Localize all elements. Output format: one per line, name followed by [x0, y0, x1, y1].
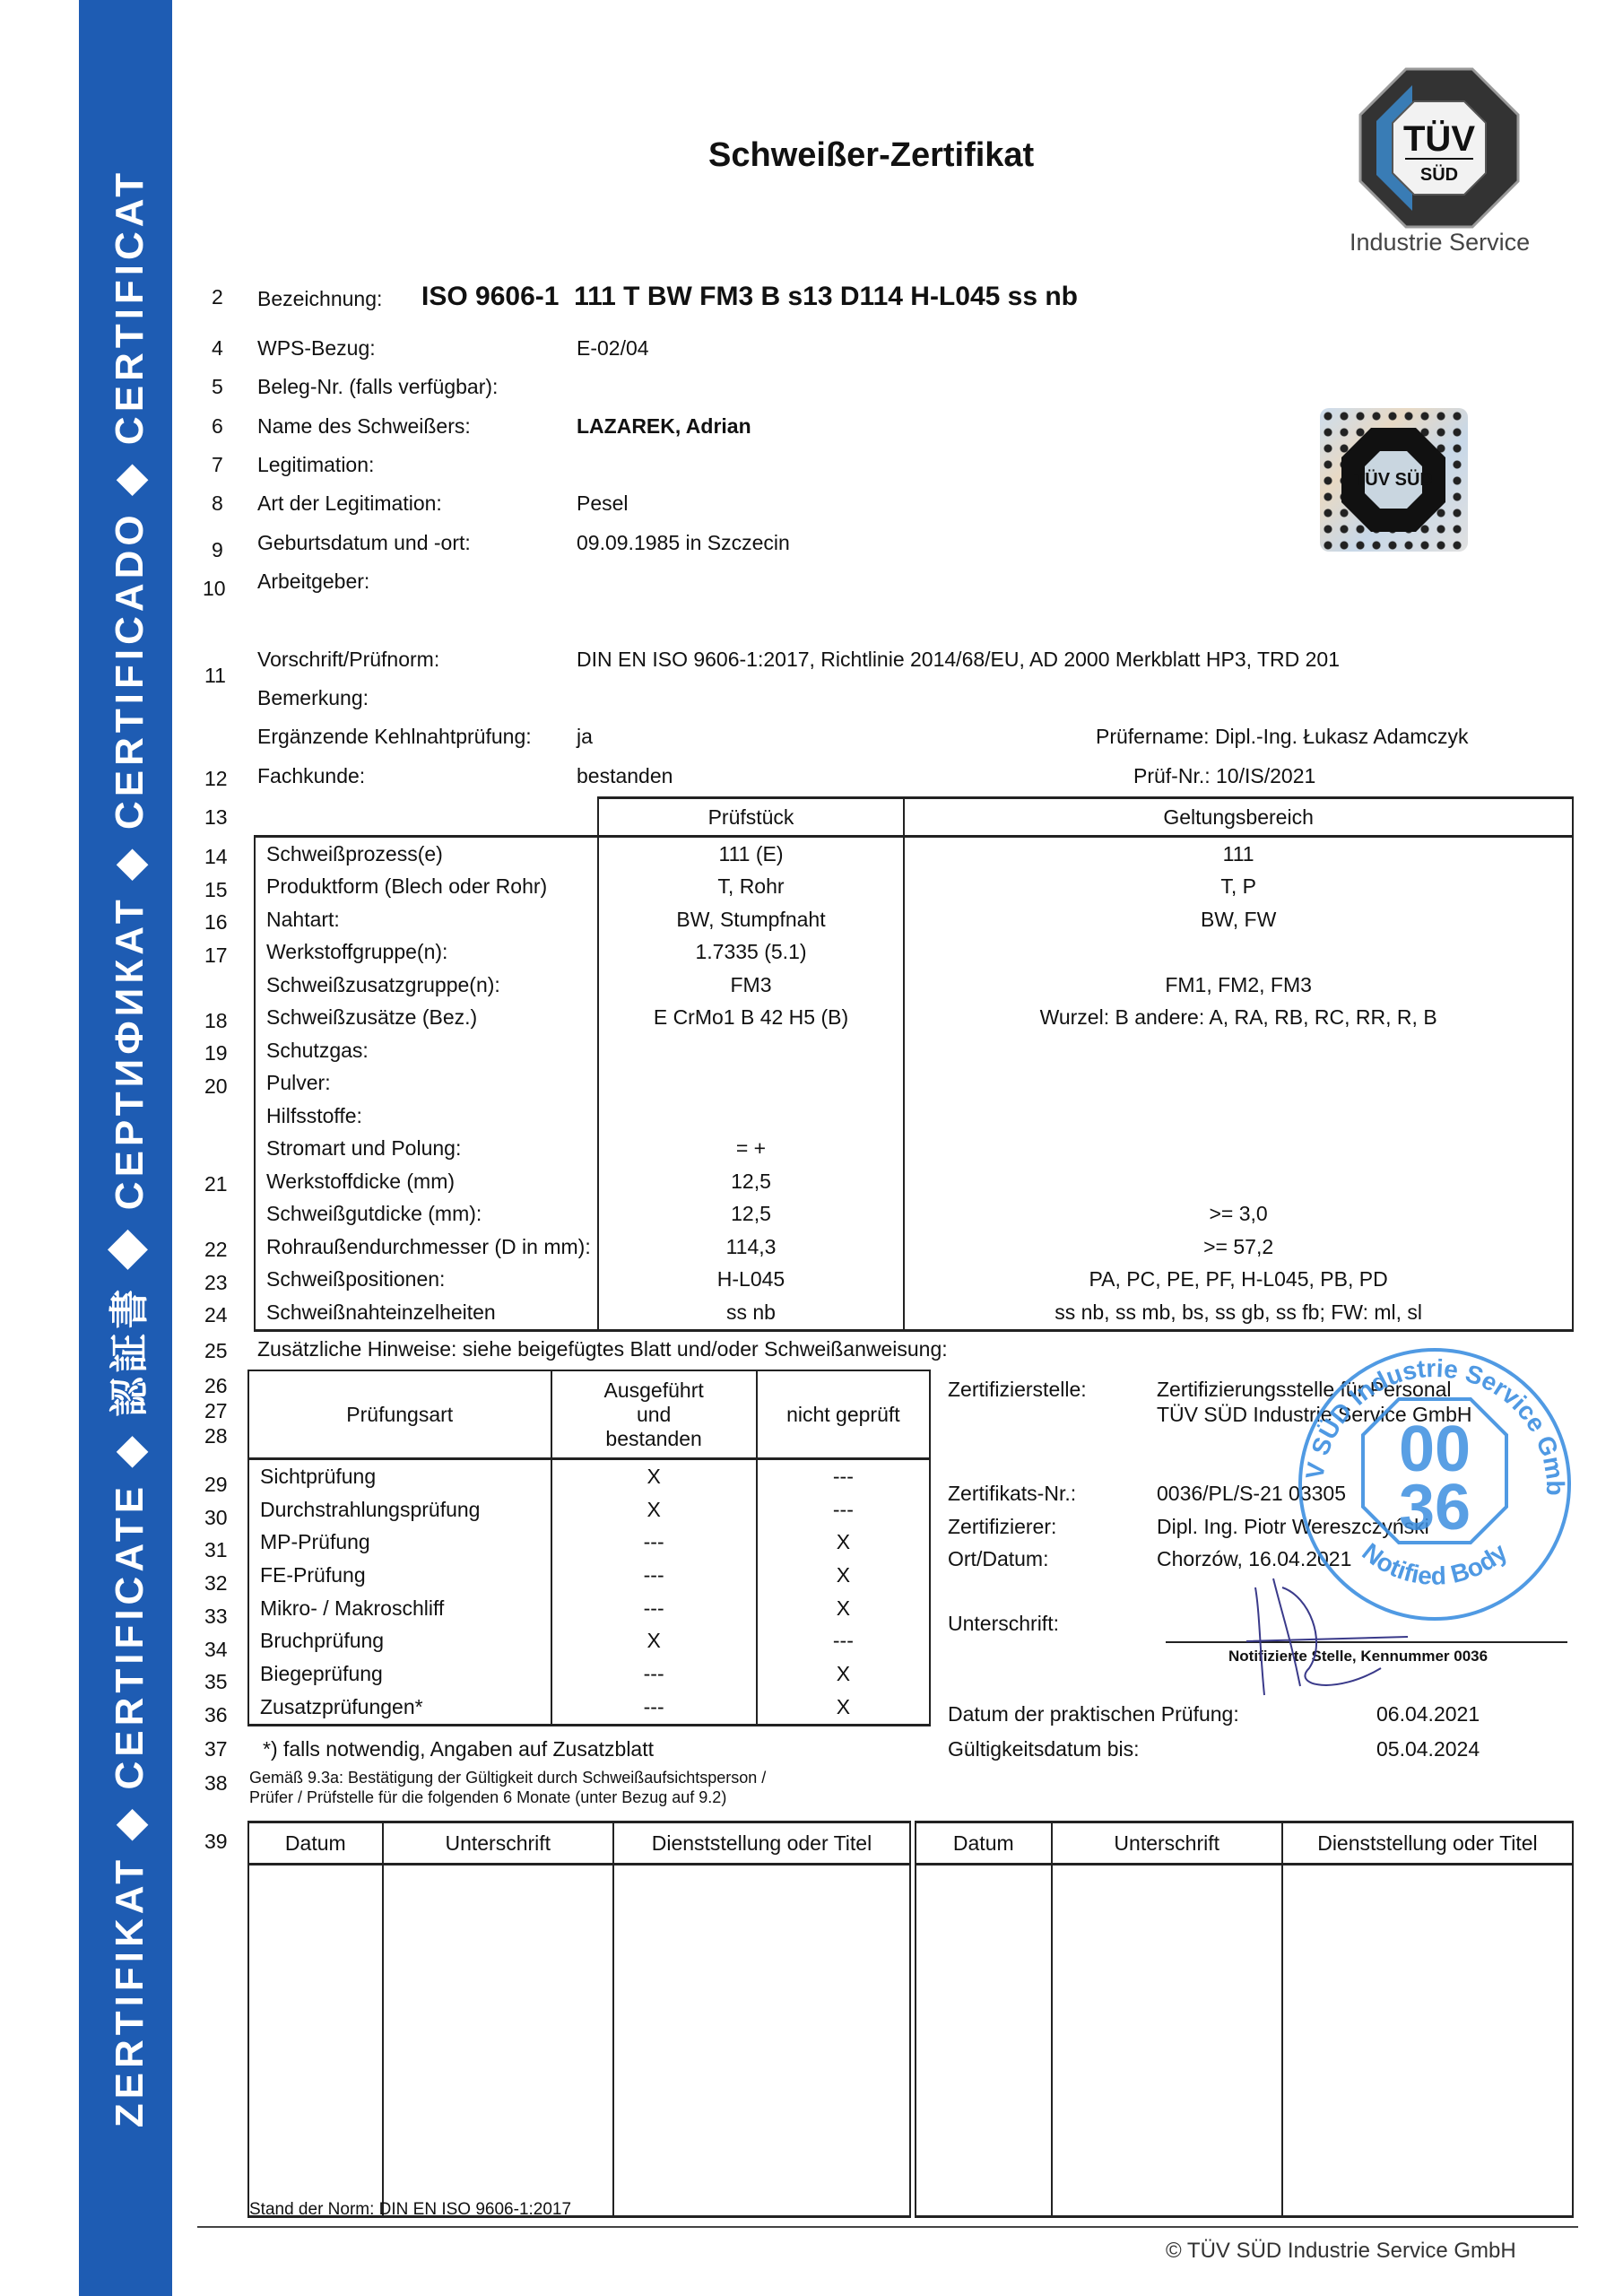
geltungsbereich-value: T, P [904, 871, 1573, 904]
row-label: Werkstoffdicke (mm) [255, 1165, 598, 1198]
vorschrift-label: Vorschrift/Prüfnorm: [257, 648, 439, 672]
test-done-mark: --- [551, 1691, 757, 1725]
test-row: Mikro- / Makroschliff---X [248, 1592, 930, 1625]
test-name: FE-Prüfung [248, 1559, 551, 1592]
geltungsbereich-value: BW, FW [904, 903, 1573, 936]
header-line: bestanden [552, 1427, 756, 1451]
side-band: ZERTIFIKAT ◆ CERTIFICATE ◆ 認証書 ◆ СЕРТИФИ… [79, 0, 172, 2296]
geltungsbereich-value [904, 1165, 1573, 1198]
line-number: 22 [204, 1238, 228, 1262]
table-row: Schweißzusatzgruppe(n):FM3FM1, FM2, FM3 [255, 969, 1573, 1002]
line-number: 18 [204, 1009, 228, 1033]
col-header-unterschrift: Unterschrift [1052, 1822, 1282, 1865]
test-name: Durchstrahlungsprüfung [248, 1493, 551, 1526]
table-row: Rohraußendurchmesser (D in mm):114,3>= 5… [255, 1231, 1573, 1264]
line-number: 14 [204, 845, 228, 869]
svg-text:TÜV SÜD: TÜV SÜD [1354, 469, 1433, 490]
zertifizierstelle-label: Zertifizierstelle: [948, 1378, 1087, 1402]
geltungsbereich-value: Wurzel: B andere: A, RA, RB, RC, RR, R, … [904, 1002, 1573, 1035]
table-row: Stromart und Polung:= + [255, 1133, 1573, 1166]
col-header-ausgefuehrt: Ausgeführt und bestanden [551, 1370, 757, 1459]
line-number: 33 [204, 1605, 228, 1629]
line-number: 2 [212, 285, 223, 309]
row-label: Werkstoffgruppe(n): [255, 936, 598, 970]
line-number: 37 [204, 1737, 228, 1761]
col-header-dienststellung: Dienststellung oder Titel [613, 1822, 910, 1865]
test-name: Mikro- / Makroschliff [248, 1592, 551, 1625]
table-row: Hilfsstoffe: [255, 1100, 1573, 1133]
line-number: 6 [212, 414, 223, 439]
hinweise-text: Zusätzliche Hinweise: siehe beigefügtes … [257, 1337, 948, 1361]
row-label: Produktform (Blech oder Rohr) [255, 871, 598, 904]
pruefstueck-value [598, 1100, 905, 1133]
test-name: Zusatzprüfungen* [248, 1691, 551, 1725]
test-done-mark: X [551, 1624, 757, 1657]
col-header-unterschrift: Unterschrift [383, 1822, 613, 1865]
page-title: Schweißer-Zertifikat [708, 136, 1034, 175]
line-number: 16 [204, 910, 228, 935]
pruefstueck-value: E CrMo1 B 42 H5 (B) [598, 1002, 905, 1035]
pruefstueck-value: BW, Stumpfnaht [598, 903, 905, 936]
side-band-text: ZERTIFIKAT ◆ CERTIFICATE ◆ 認証書 ◆ СЕРТИФИ… [97, 169, 154, 2127]
validity-note-2: Prüfer / Prüfstelle für die folgenden 6 … [249, 1788, 726, 1807]
confirm-cell-datum[interactable] [916, 1865, 1052, 2217]
row-label: Schweißzusätze (Bez.) [255, 1002, 598, 1035]
row-label: Schweißzusatzgruppe(n): [255, 969, 598, 1002]
line-number: 38 [204, 1771, 228, 1796]
test-table: Prüfungsart Ausgeführt und bestanden nic… [247, 1370, 931, 1726]
table-row: Werkstoffgruppe(n):1.7335 (5.1) [255, 936, 1573, 970]
line-number: 28 [204, 1424, 228, 1448]
table-row: Werkstoffdicke (mm)12,5 [255, 1165, 1573, 1198]
geltungsbereich-value [904, 1034, 1573, 1067]
test-row: BruchprüfungX--- [248, 1624, 930, 1657]
pruefdatum-value: 06.04.2021 [1376, 1702, 1480, 1726]
field-label: Art der Legitimation: [257, 491, 442, 516]
test-row: Zusatzprüfungen*---X [248, 1691, 930, 1725]
line-number: 19 [204, 1041, 228, 1065]
table-row: Pulver: [255, 1067, 1573, 1100]
geltungsbereich-value [904, 936, 1573, 970]
line-number: 26 [204, 1374, 228, 1398]
main-table: Prüfstück Geltungsbereich Schweißprozess… [254, 796, 1574, 1332]
test-row: MP-Prüfung---X [248, 1526, 930, 1559]
test-not-tested-mark: X [757, 1657, 930, 1691]
confirm-table-right: Datum Unterschrift Dienststellung oder T… [915, 1821, 1574, 2218]
line-number: 20 [204, 1074, 228, 1099]
row-label: Nahtart: [255, 903, 598, 936]
line-number: 12 [204, 767, 228, 791]
test-done-mark: --- [551, 1559, 757, 1592]
pruefstueck-value [598, 1034, 905, 1067]
bemerkung-label: Bemerkung: [257, 686, 369, 710]
hologram-seal: TÜV SÜD [1320, 408, 1468, 552]
row-label: Schweißpositionen: [255, 1264, 598, 1297]
geltungsbereich-value: ss nb, ss mb, bs, ss gb, ss fb; FW: ml, … [904, 1296, 1573, 1330]
confirm-cell-unterschrift[interactable] [1052, 1865, 1282, 2217]
pruefername: Prüfername: Dipl.-Ing. Łukasz Adamczyk [1096, 725, 1468, 749]
row-label: Stromart und Polung: [255, 1133, 598, 1166]
kehlnaht-value: ja [577, 725, 593, 749]
field-value: Pesel [577, 491, 629, 516]
line-number: 36 [204, 1703, 228, 1727]
test-name: Sichtprüfung [248, 1459, 551, 1493]
table-row: Schweißzusätze (Bez.)E CrMo1 B 42 H5 (B)… [255, 1002, 1573, 1035]
line-number: 21 [204, 1172, 228, 1196]
test-row: FE-Prüfung---X [248, 1559, 930, 1592]
field-label: Arbeitgeber: [257, 570, 369, 594]
line-number: 35 [204, 1670, 228, 1694]
row-label: Pulver: [255, 1067, 598, 1100]
line-number: 8 [212, 491, 223, 516]
row-label: Schweißnahteinzelheiten [255, 1296, 598, 1330]
test-not-tested-mark: X [757, 1691, 930, 1725]
ort-datum-label: Ort/Datum: [948, 1547, 1048, 1571]
line-number: 24 [204, 1303, 228, 1327]
field-value: ISO 9606-1 111 T BW FM3 B s13 D114 H-L04… [421, 282, 1078, 312]
pruefstueck-value [598, 1067, 905, 1100]
test-not-tested-mark: --- [757, 1459, 930, 1493]
line-number: 30 [204, 1506, 228, 1530]
line-number: 25 [204, 1339, 228, 1363]
col-header-nicht-geprueft: nicht geprüft [757, 1370, 930, 1459]
header-line: Ausgeführt [552, 1378, 756, 1403]
line-number: 17 [204, 944, 228, 968]
svg-text:TÜV: TÜV [1403, 118, 1475, 159]
geltungsbereich-value: >= 3,0 [904, 1198, 1573, 1231]
line-number: 13 [204, 805, 228, 830]
line-number: 7 [212, 453, 223, 477]
line-number: 34 [204, 1638, 228, 1662]
field-value: 09.09.1985 in Szczecin [577, 531, 790, 555]
logo-caption: Industrie Service [1350, 229, 1530, 257]
hologram-octagon-icon: TÜV SÜD [1340, 426, 1447, 534]
field-label: Geburtsdatum und -ort: [257, 531, 471, 555]
geltungsbereich-value [904, 1100, 1573, 1133]
geltungsbereich-value: 111 [904, 837, 1573, 871]
test-name: MP-Prüfung [248, 1526, 551, 1559]
line-number: 11 [204, 664, 226, 688]
confirm-cell-dienststellung[interactable] [1282, 1865, 1573, 2217]
unterschrift-label: Unterschrift: [948, 1612, 1059, 1636]
pruefdatum-label: Datum der praktischen Prüfung: [948, 1702, 1239, 1726]
footnote-text: *) falls notwendig, Angaben auf Zusatzbl… [263, 1737, 654, 1761]
pruefstueck-value: 12,5 [598, 1165, 905, 1198]
test-name: Bruchprüfung [248, 1624, 551, 1657]
field-value: E-02/04 [577, 336, 649, 361]
geltungsbereich-value [904, 1133, 1573, 1166]
confirm-table-left: Datum Unterschrift Dienststellung oder T… [247, 1821, 911, 2218]
field-label: Beleg-Nr. (falls verfügbar): [257, 375, 498, 399]
test-row: Biegeprüfung---X [248, 1657, 930, 1691]
test-row: DurchstrahlungsprüfungX--- [248, 1493, 930, 1526]
test-done-mark: --- [551, 1526, 757, 1559]
table-row: Schweißpositionen:H-L045PA, PC, PE, PF, … [255, 1264, 1573, 1297]
zertifikats-nr-label: Zertifikats-Nr.: [948, 1482, 1076, 1506]
pruefstueck-value: H-L045 [598, 1264, 905, 1297]
header-line: und [552, 1403, 756, 1427]
pruefstueck-value: FM3 [598, 969, 905, 1002]
line-number: 5 [212, 375, 223, 399]
confirm-cell-dienststellung[interactable] [613, 1865, 910, 2217]
fachkunde-label: Fachkunde: [257, 764, 365, 788]
geltungsbereich-value: FM1, FM2, FM3 [904, 969, 1573, 1002]
col-header-datum: Datum [916, 1822, 1052, 1865]
svg-text:SÜD: SÜD [1420, 164, 1458, 185]
field-label: WPS-Bezug: [257, 336, 376, 361]
pruefstueck-value: ss nb [598, 1296, 905, 1330]
line-number: 23 [204, 1271, 228, 1295]
line-number: 15 [204, 878, 228, 902]
pruef-nr: Prüf-Nr.: 10/IS/2021 [1133, 764, 1315, 788]
test-done-mark: X [551, 1493, 757, 1526]
table-row: Produktform (Blech oder Rohr)T, RohrT, P [255, 871, 1573, 904]
table-row: Nahtart:BW, StumpfnahtBW, FW [255, 903, 1573, 936]
tuv-logo-icon: TÜV SÜD [1358, 67, 1520, 229]
line-number: 31 [204, 1538, 228, 1562]
test-name: Biegeprüfung [248, 1657, 551, 1691]
gueltig-value: 05.04.2024 [1376, 1737, 1480, 1761]
test-not-tested-mark: X [757, 1559, 930, 1592]
confirm-cell-unterschrift[interactable] [383, 1865, 613, 2217]
pruefstueck-value: 1.7335 (5.1) [598, 936, 905, 970]
field-value: LAZAREK, Adrian [577, 414, 751, 439]
col-header-dienststellung: Dienststellung oder Titel [1282, 1822, 1573, 1865]
line-number: 32 [204, 1571, 228, 1596]
line-number: 10 [203, 577, 226, 601]
table-row: Schweißnahteinzelheitenss nbss nb, ss mb… [255, 1296, 1573, 1330]
pruefstueck-value: T, Rohr [598, 871, 905, 904]
gueltig-label: Gültigkeitsdatum bis: [948, 1737, 1139, 1761]
row-label: Schweißprozess(e) [255, 837, 598, 871]
field-label: Name des Schweißers: [257, 414, 471, 439]
field-label: Bezeichnung: [257, 287, 382, 311]
pruefstueck-value: 12,5 [598, 1198, 905, 1231]
col-header-geltungsbereich: Geltungsbereich [904, 798, 1573, 837]
row-label: Schweißgutdicke (mm): [255, 1198, 598, 1231]
row-label: Schutzgas: [255, 1034, 598, 1067]
test-not-tested-mark: --- [757, 1624, 930, 1657]
kehlnaht-label: Ergänzende Kehlnahtprüfung: [257, 725, 532, 749]
test-done-mark: --- [551, 1657, 757, 1691]
fachkunde-value: bestanden [577, 764, 673, 788]
geltungsbereich-value: >= 57,2 [904, 1231, 1573, 1264]
test-done-mark: --- [551, 1592, 757, 1625]
test-not-tested-mark: --- [757, 1493, 930, 1526]
test-row: SichtprüfungX--- [248, 1459, 930, 1493]
row-label: Hilfsstoffe: [255, 1100, 598, 1133]
pruefstueck-value: 111 (E) [598, 837, 905, 871]
line-number: 39 [204, 1830, 228, 1854]
table-row: Schutzgas: [255, 1034, 1573, 1067]
zertifizierer-label: Zertifizierer: [948, 1515, 1056, 1539]
vorschrift-value: DIN EN ISO 9606-1:2017, Richtlinie 2014/… [577, 648, 1340, 672]
geltungsbereich-value: PA, PC, PE, PF, H-L045, PB, PD [904, 1264, 1573, 1297]
test-not-tested-mark: X [757, 1592, 930, 1625]
table-row: Schweißprozess(e)111 (E)111 [255, 837, 1573, 871]
line-number: 29 [204, 1473, 228, 1497]
footer-norm: Stand der Norm: DIN EN ISO 9606-1:2017 [249, 2200, 571, 2220]
field-label: Legitimation: [257, 453, 374, 477]
col-header-datum: Datum [248, 1822, 383, 1865]
geltungsbereich-value [904, 1067, 1573, 1100]
pruefstueck-value: 114,3 [598, 1231, 905, 1264]
line-number: 4 [212, 336, 223, 361]
footer-divider [197, 2226, 1578, 2228]
line-number: 27 [204, 1399, 228, 1423]
pruefstueck-value: = + [598, 1133, 905, 1166]
row-label: Rohraußendurchmesser (D in mm): [255, 1231, 598, 1264]
confirm-cell-datum[interactable] [248, 1865, 383, 2217]
line-number: 9 [212, 538, 223, 562]
col-header-pruefungsart: Prüfungsart [248, 1370, 551, 1459]
test-not-tested-mark: X [757, 1526, 930, 1559]
col-header-pruefstueck: Prüfstück [598, 798, 905, 837]
svg-text:36: 36 [1399, 1472, 1471, 1544]
footer-copyright: © TÜV SÜD Industrie Service GmbH [1166, 2239, 1516, 2264]
validity-note-1: Gemäß 9.3a: Bestätigung der Gültigkeit d… [249, 1769, 766, 1787]
table-row: Schweißgutdicke (mm):12,5>= 3,0 [255, 1198, 1573, 1231]
signature-scribble [1228, 1561, 1426, 1704]
test-done-mark: X [551, 1459, 757, 1493]
